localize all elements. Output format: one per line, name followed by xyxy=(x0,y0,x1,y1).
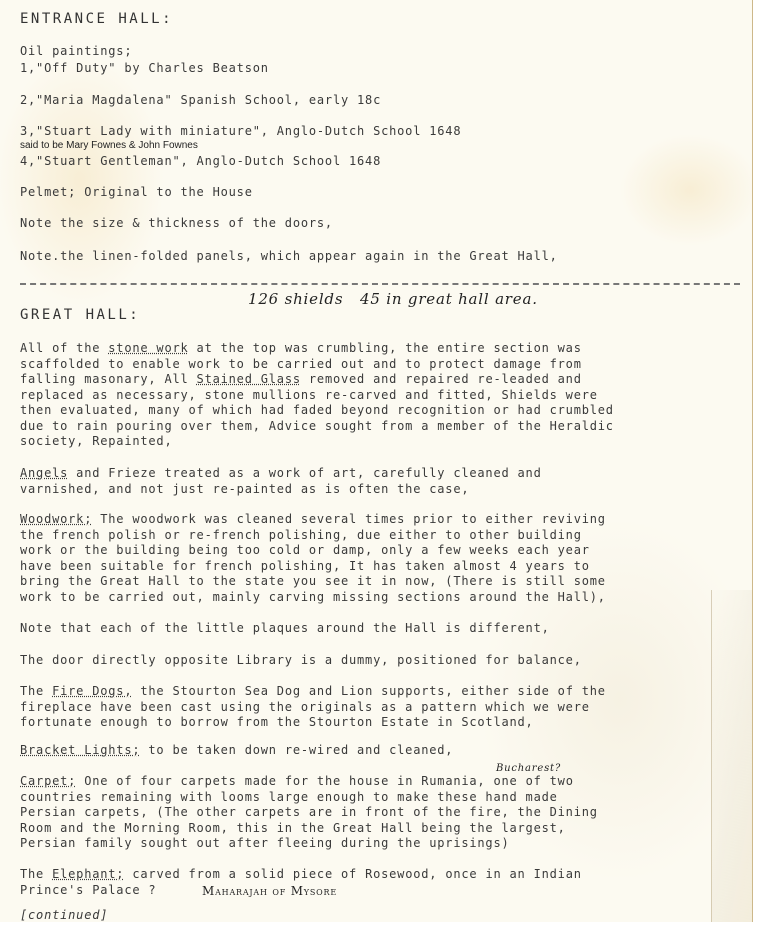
paragraph-line: Room and the Morning Room, this in the G… xyxy=(20,821,566,836)
text-segment: One of four carpets made for the house i… xyxy=(76,774,574,788)
paragraph-line: the french polish or re-french polishing… xyxy=(20,528,582,543)
paragraph-line: The Fire Dogs, the Stourton Sea Dog and … xyxy=(20,684,606,699)
text-segment: scaffolded to enable work to be carried … xyxy=(20,357,582,371)
paragraph-line: scaffolded to enable work to be carried … xyxy=(20,357,582,372)
paragraph-line: work to be carried out, mainly carving m… xyxy=(20,590,606,605)
text-segment: removed and repaired re-leaded and xyxy=(301,372,582,386)
paragraph-line: countries remaining with looms large eno… xyxy=(20,790,558,805)
text-segment: at the top was crumbling, the entire sec… xyxy=(189,341,582,355)
oil-paintings-label: Oil paintings; xyxy=(20,44,132,59)
paragraph-line: Woodwork; The woodwork was cleaned sever… xyxy=(20,512,606,527)
paragraph-line: society, Repainted, xyxy=(20,434,172,449)
text-segment: fireplace have been cast using the origi… xyxy=(20,700,590,714)
text-segment: to be taken down re-wired and cleaned, xyxy=(140,743,453,757)
handwritten-maharajah-note: Maharajah of Mysore xyxy=(202,884,337,898)
text-segment: work to be carried out, mainly carving m… xyxy=(20,590,606,604)
paragraph-line: Carpet; One of four carpets made for the… xyxy=(20,774,574,789)
handwritten-bucharest-note: Bucharest? xyxy=(496,763,561,774)
paragraph-line: All of the stone work at the top was cru… xyxy=(20,341,582,356)
painting-note: said to be Mary Fownes & John Fownes xyxy=(20,138,198,153)
continued-label: [continued] xyxy=(20,908,108,923)
paragraph-line: replaced as necessary, stone mullions re… xyxy=(20,388,598,403)
paragraph-line: work or the building being too cold or d… xyxy=(20,543,590,558)
door-note: The door directly opposite Library is a … xyxy=(20,653,582,668)
pelmet-note: Pelmet; Original to the House xyxy=(20,185,253,200)
text-segment: The woodwork was cleaned several times p… xyxy=(92,512,606,526)
text-segment: countries remaining with looms large eno… xyxy=(20,790,558,804)
paragraph-line: Prince's Palace ? xyxy=(20,883,156,898)
text-segment: Prince's Palace ? xyxy=(20,883,156,897)
paragraph-line: fireplace have been cast using the origi… xyxy=(20,700,590,715)
entrance-hall-heading: ENTRANCE HALL: xyxy=(20,12,173,27)
text-segment: then evaluated, many of which had faded … xyxy=(20,403,614,417)
text-segment: fortunate enough to borrow from the Stou… xyxy=(20,715,534,729)
paragraph-line: varnished, and not just re-painted as is… xyxy=(20,482,469,497)
painting-item: 2,"Maria Magdalena" Spanish School, earl… xyxy=(20,93,381,108)
underlined-keyword: Woodwork; xyxy=(20,512,92,526)
painting-item: 1,"Off Duty" by Charles Beatson xyxy=(20,61,269,76)
great-hall-heading: GREAT HALL: xyxy=(20,308,140,323)
text-segment: due to rain pouring over them, Advice so… xyxy=(20,419,614,433)
text-segment: The xyxy=(20,867,52,881)
underlined-keyword: Stained Glass xyxy=(197,372,301,386)
text-segment: carved from a solid piece of Rosewood, o… xyxy=(124,867,581,881)
paragraph-line: The Elephant; carved from a solid piece … xyxy=(20,867,582,882)
text-segment: Persian family sought out after fleeing … xyxy=(20,836,510,850)
painting-item: 3,"Stuart Lady with miniature", Anglo-Du… xyxy=(20,124,461,139)
text-segment: and Frieze treated as a work of art, car… xyxy=(68,466,541,480)
paragraph-line: Persian carpets, (The other carpets are … xyxy=(20,805,598,820)
paragraph-line: Bracket Lights; to be taken down re-wire… xyxy=(20,743,453,758)
paragraph-line: fortunate enough to borrow from the Stou… xyxy=(20,715,534,730)
paragraph-line: bring the Great Hall to the state you se… xyxy=(20,574,606,589)
torn-page-edge xyxy=(711,590,752,922)
text-segment: The xyxy=(20,684,52,698)
doors-note: Note the size & thickness of the doors, xyxy=(20,216,333,231)
text-segment: the french polish or re-french polishing… xyxy=(20,528,582,542)
paragraph-line: then evaluated, many of which had faded … xyxy=(20,403,614,418)
text-segment: society, Repainted, xyxy=(20,434,172,448)
underlined-keyword: Fire Dogs, xyxy=(52,684,132,698)
underlined-keyword: Angels xyxy=(20,466,68,480)
paragraph-line: Angels and Frieze treated as a work of a… xyxy=(20,466,542,481)
underlined-keyword: Elephant; xyxy=(52,867,124,881)
paragraph-line: falling masonary, All Stained Glass remo… xyxy=(20,372,582,387)
text-segment: varnished, and not just re-painted as is… xyxy=(20,482,469,496)
text-segment: Persian carpets, (The other carpets are … xyxy=(20,805,598,819)
text-segment: falling masonary, All xyxy=(20,372,197,386)
underlined-keyword: Carpet; xyxy=(20,774,76,788)
underlined-keyword: stone work xyxy=(108,341,188,355)
underlined-keyword: Bracket Lights; xyxy=(20,743,140,757)
painting-item: 4,"Stuart Gentleman", Anglo-Dutch School… xyxy=(20,154,381,169)
text-segment: replaced as necessary, stone mullions re… xyxy=(20,388,598,402)
paragraph-line: Persian family sought out after fleeing … xyxy=(20,836,510,851)
text-segment: have been suitable for french polishing,… xyxy=(20,559,590,573)
panels-note: Note.the linen-folded panels, which appe… xyxy=(20,249,558,264)
plaques-note: Note that each of the little plaques aro… xyxy=(20,621,550,636)
handwritten-shields-note: 126 shields 45 in great hall area. xyxy=(248,290,538,308)
text-segment: bring the Great Hall to the state you se… xyxy=(20,574,606,588)
paragraph-line: have been suitable for french polishing,… xyxy=(20,559,590,574)
text-segment: the Stourton Sea Dog and Lion supports, … xyxy=(132,684,605,698)
paragraph-line: due to rain pouring over them, Advice so… xyxy=(20,419,614,434)
text-segment: Room and the Morning Room, this in the G… xyxy=(20,821,566,835)
text-segment: All of the xyxy=(20,341,108,355)
text-segment: work or the building being too cold or d… xyxy=(20,543,590,557)
section-separator xyxy=(20,283,740,285)
